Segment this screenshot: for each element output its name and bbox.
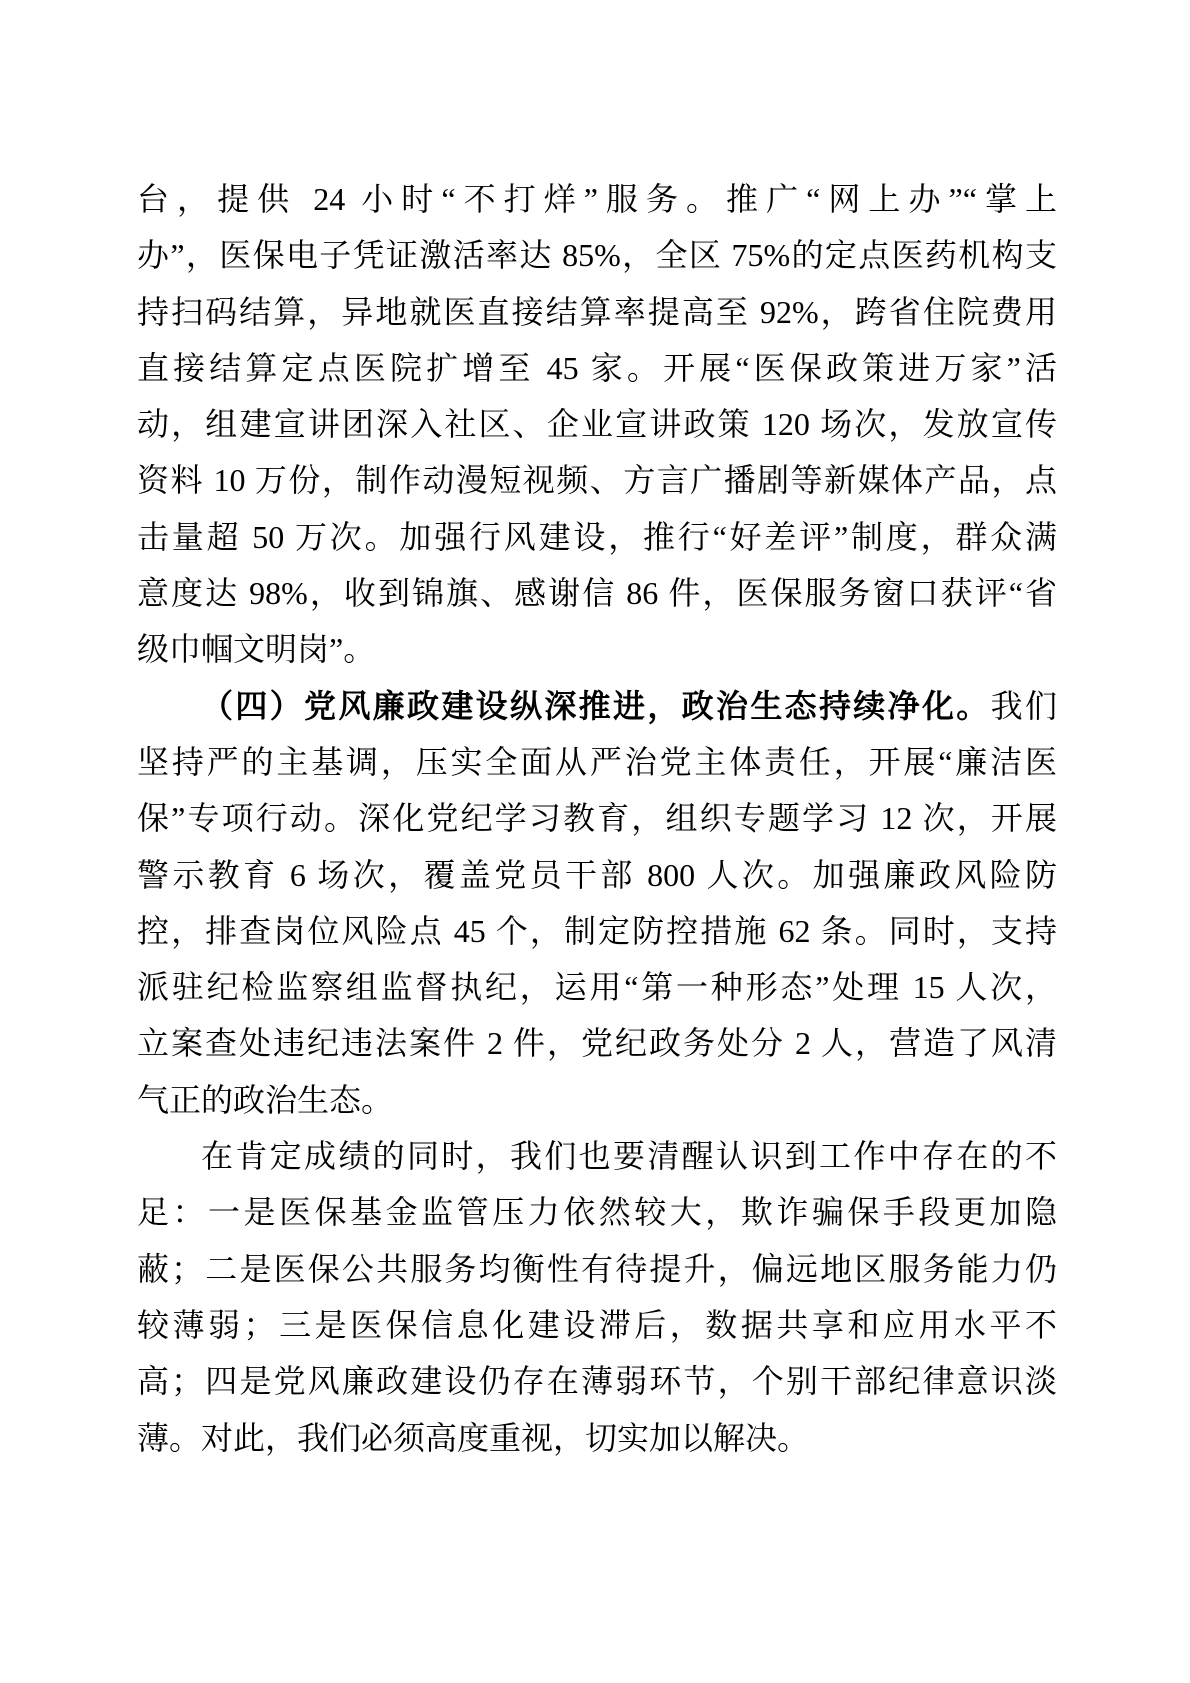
text-line: 立案查处违纪违法案件 2 件，党纪政务处分 2 人，营造了风清 <box>137 1015 1057 1071</box>
paragraph-section-4-party-discipline: （四）党风廉政建设纵深推进，政治生态持续净化。我们坚持严的主基调，压实全面从严治… <box>137 678 1057 1128</box>
body-text: 控，排查岗位风险点 45 个，制定防控措施 62 条。同时，支持 <box>137 913 1057 949</box>
document-body: 台，提供 24 小时“不打烊”服务。推广“网上办”“掌上办”，医保电子凭证激活率… <box>137 171 1057 1466</box>
body-text: 持扫码结算，异地就医直接结算率提高至 92%，跨省住院费用 <box>137 294 1057 330</box>
body-text: 蔽；二是医保公共服务均衡性有待提升，偏远地区服务能力仍 <box>137 1251 1057 1287</box>
text-line: 蔽；二是医保公共服务均衡性有待提升，偏远地区服务能力仍 <box>137 1241 1057 1297</box>
text-line: 击量超 50 万次。加强行风建设，推行“好差评”制度，群众满 <box>137 509 1057 565</box>
text-line: 办”，医保电子凭证激活率达 85%，全区 75%的定点医药机构支 <box>137 227 1057 283</box>
text-line: 级巾帼文明岗”。 <box>137 621 1057 677</box>
text-line: 高；四是党风廉政建设仍存在薄弱环节，个别干部纪律意识淡 <box>137 1353 1057 1409</box>
body-text: 气正的政治生态。 <box>137 1082 393 1118</box>
body-text: 较薄弱；三是医保信息化建设滞后，数据共享和应用水平不 <box>137 1307 1057 1343</box>
text-line: 警示教育 6 场次，覆盖党员干部 800 人次。加强廉政风险防 <box>137 847 1057 903</box>
body-text: 资料 10 万份，制作动漫短视频、方言广播剧等新媒体产品，点 <box>137 462 1057 498</box>
paragraph-shortcomings: 在肯定成绩的同时，我们也要清醒认识到工作中存在的不足：一是医保基金监管压力依然较… <box>137 1128 1057 1466</box>
text-line: 意度达 98%，收到锦旗、感谢信 86 件，医保服务窗口获评“省 <box>137 565 1057 621</box>
text-line: 持扫码结算，异地就医直接结算率提高至 92%，跨省住院费用 <box>137 284 1057 340</box>
text-line: 动，组建宣讲团深入社区、企业宣讲政策 120 场次，发放宣传 <box>137 396 1057 452</box>
body-text: 直接结算定点医院扩增至 45 家。开展“医保政策进万家”活 <box>137 350 1057 386</box>
section-heading-text: （四）党风廉政建设纵深推进，政治生态持续净化。 <box>201 688 991 724</box>
text-line: 坚持严的主基调，压实全面从严治党主体责任，开展“廉洁医 <box>137 734 1057 790</box>
text-line: （四）党风廉政建设纵深推进，政治生态持续净化。我们 <box>137 678 1057 734</box>
body-text: 足：一是医保基金监管压力依然较大，欺诈骗保手段更加隐 <box>137 1194 1057 1230</box>
text-line: 控，排查岗位风险点 45 个，制定防控措施 62 条。同时，支持 <box>137 903 1057 959</box>
text-line: 台，提供 24 小时“不打烊”服务。推广“网上办”“掌上 <box>137 171 1057 227</box>
text-line: 资料 10 万份，制作动漫短视频、方言广播剧等新媒体产品，点 <box>137 452 1057 508</box>
body-text: 保”专项行动。深化党纪学习教育，组织专题学习 12 次，开展 <box>137 800 1057 836</box>
body-text: 击量超 50 万次。加强行风建设，推行“好差评”制度，群众满 <box>137 519 1057 555</box>
text-line: 薄。对此，我们必须高度重视，切实加以解决。 <box>137 1410 1057 1466</box>
body-text: 警示教育 6 场次，覆盖党员干部 800 人次。加强廉政风险防 <box>137 857 1057 893</box>
document-page: 台，提供 24 小时“不打烊”服务。推广“网上办”“掌上办”，医保电子凭证激活率… <box>0 0 1190 1683</box>
text-line: 气正的政治生态。 <box>137 1072 1057 1128</box>
text-line: 在肯定成绩的同时，我们也要清醒认识到工作中存在的不 <box>137 1128 1057 1184</box>
body-text: 台，提供 24 小时“不打烊”服务。推广“网上办”“掌上 <box>137 181 1057 217</box>
body-text: 派驻纪检监察组监督执纪，运用“第一种形态”处理 15 人次， <box>137 969 1057 1005</box>
text-line: 直接结算定点医院扩增至 45 家。开展“医保政策进万家”活 <box>137 340 1057 396</box>
body-text: 办”，医保电子凭证激活率达 85%，全区 75%的定点医药机构支 <box>137 237 1057 273</box>
body-text: 坚持严的主基调，压实全面从严治党主体责任，开展“廉洁医 <box>137 744 1057 780</box>
text-line: 足：一是医保基金监管压力依然较大，欺诈骗保手段更加隐 <box>137 1184 1057 1240</box>
text-line: 较薄弱；三是医保信息化建设滞后，数据共享和应用水平不 <box>137 1297 1057 1353</box>
body-text: 意度达 98%，收到锦旗、感谢信 86 件，医保服务窗口获评“省 <box>137 575 1057 611</box>
text-line: 保”专项行动。深化党纪学习教育，组织专题学习 12 次，开展 <box>137 790 1057 846</box>
body-text: 我们 <box>991 688 1057 724</box>
body-text: 级巾帼文明岗”。 <box>137 631 375 667</box>
body-text: 高；四是党风廉政建设仍存在薄弱环节，个别干部纪律意识淡 <box>137 1363 1057 1399</box>
body-text: 立案查处违纪违法案件 2 件，党纪政务处分 2 人，营造了风清 <box>137 1025 1057 1061</box>
body-text: 薄。对此，我们必须高度重视，切实加以解决。 <box>137 1420 809 1456</box>
text-line: 派驻纪检监察组监督执纪，运用“第一种形态”处理 15 人次， <box>137 959 1057 1015</box>
paragraph-public-service-continued: 台，提供 24 小时“不打烊”服务。推广“网上办”“掌上办”，医保电子凭证激活率… <box>137 171 1057 678</box>
body-text: 动，组建宣讲团深入社区、企业宣讲政策 120 场次，发放宣传 <box>137 406 1057 442</box>
body-text: 在肯定成绩的同时，我们也要清醒认识到工作中存在的不 <box>201 1138 1057 1174</box>
